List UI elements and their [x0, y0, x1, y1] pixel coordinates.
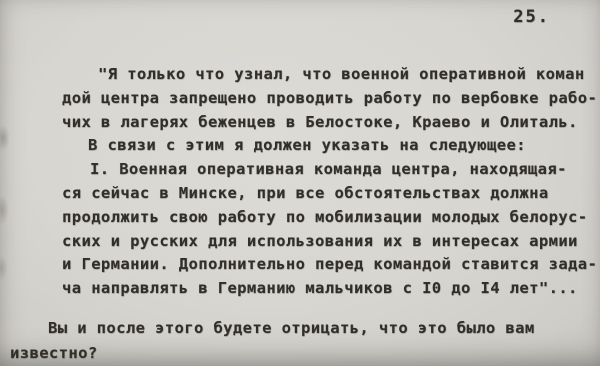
- page-number: 25.: [513, 7, 550, 27]
- text-line: и Германии. Дополнительно перед командой…: [62, 253, 567, 277]
- closing-question: Вы и после этого будете отрицать, что эт…: [10, 316, 570, 365]
- text-line: I. Военная оперативная команда центра, н…: [62, 158, 567, 182]
- text-line: ских и русских для использования их в ин…: [62, 230, 567, 254]
- text-line: ча направлять в Германию мальчиков с I0 …: [62, 277, 567, 301]
- text-line: дой центра запрещено проводить работу по…: [62, 87, 567, 111]
- text-line: чих в лагерях беженцев в Белостоке, Крае…: [62, 111, 567, 135]
- scan-smudge: [0, 125, 10, 151]
- text-line: продолжить свою работу по мобилизации мо…: [62, 206, 567, 230]
- text-line: известно?: [10, 341, 570, 366]
- text-line: В связи с этим я должен указать на следу…: [62, 134, 567, 158]
- scanned-document-page: 25. "Я только что узнал, что военной опе…: [0, 0, 600, 366]
- quoted-statement: "Я только что узнал, что военной операти…: [62, 63, 567, 301]
- scan-smudge: [0, 195, 9, 225]
- text-line: Вы и после этого будете отрицать, что эт…: [10, 316, 570, 341]
- text-line: "Я только что узнал, что военной операти…: [62, 63, 567, 87]
- text-line: ся сейчас в Минске, при все обстоятельст…: [62, 182, 567, 206]
- scan-smudge: [0, 255, 8, 281]
